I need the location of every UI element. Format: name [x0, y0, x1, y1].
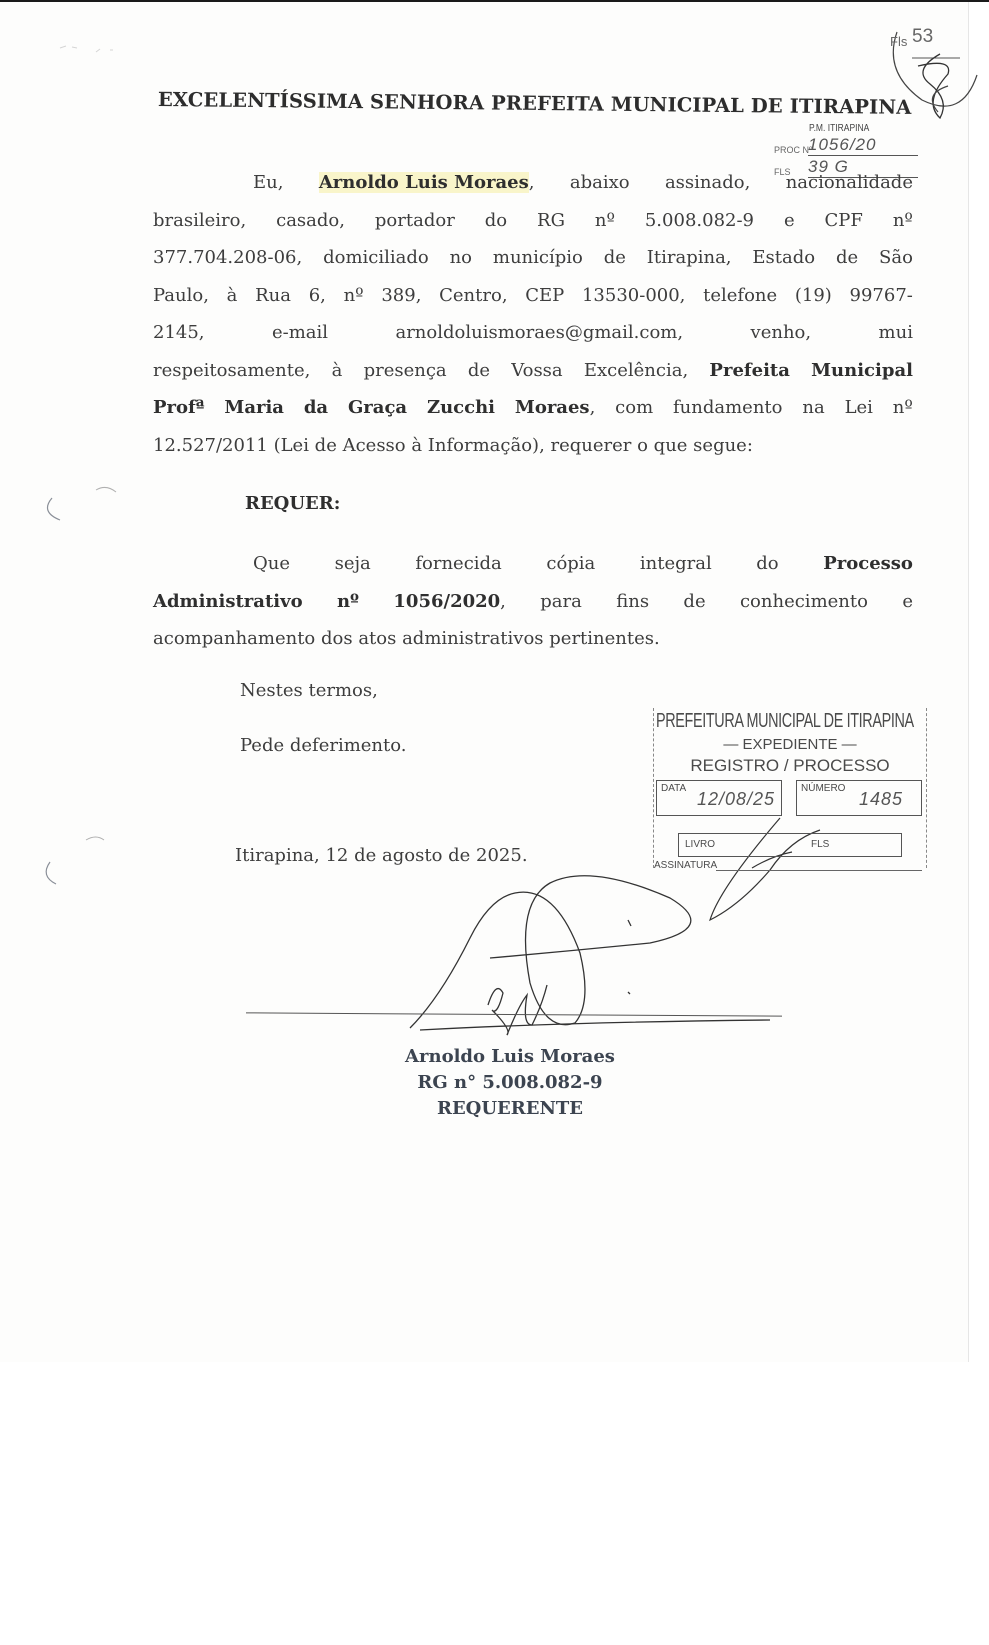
- word: do: [756, 553, 778, 575]
- word: nº: [893, 397, 913, 419]
- proc-number-row: PROC Nº 1056/20: [774, 145, 812, 155]
- number-label: NÚMERO: [801, 783, 845, 794]
- text-line: acompanhamento dos atos administrativos …: [153, 628, 913, 650]
- stamp-subtitle-2: REGISTRO / PROCESSO: [654, 756, 926, 776]
- proc-label: PROC Nº: [774, 145, 812, 155]
- word: Estado: [752, 247, 815, 269]
- word: Arnoldo Luis Moraes,: [319, 172, 535, 194]
- word: RG: [537, 210, 565, 232]
- word: nº: [893, 210, 913, 232]
- word: respeitosamente,: [153, 360, 310, 382]
- stamp-date-box: DATA 12/08/25: [656, 780, 782, 816]
- word: nº: [337, 591, 359, 613]
- rubric-number: 53: [912, 26, 933, 48]
- stamp-signature-line: [716, 870, 922, 871]
- word: na: [802, 397, 824, 419]
- word: fornecida: [415, 553, 501, 575]
- word: Rua: [255, 285, 291, 307]
- closing-request: Pede deferimento.: [240, 735, 407, 756]
- word: 377.704.208-06,: [153, 247, 302, 269]
- word: presença: [364, 360, 447, 382]
- book-fls-label: FLS: [811, 839, 829, 850]
- word: telefone: [703, 285, 777, 307]
- word: Itirapina,: [647, 247, 732, 269]
- word: à: [332, 360, 343, 382]
- word: cópia: [546, 553, 595, 575]
- word: Profª: [153, 397, 205, 419]
- date-label: DATA: [661, 783, 686, 794]
- word: acompanhamento dos atos administrativos …: [153, 628, 660, 650]
- word: 13530-000,: [582, 285, 685, 307]
- word: 6,: [309, 285, 326, 307]
- word: e: [784, 210, 795, 232]
- document-page: [0, 2, 969, 1362]
- proc-stamp-header: P.M. ITIRAPINA: [809, 123, 869, 134]
- word: para: [540, 591, 582, 613]
- word: Paulo,: [153, 285, 209, 307]
- place-date: Itirapina, 12 de agosto de 2025.: [235, 845, 528, 866]
- word: Vossa: [511, 360, 562, 382]
- word: Eu,: [253, 172, 283, 194]
- signer-rg: RG n° 5.008.082-9: [380, 1072, 640, 1093]
- closing-terms: Nestes termos,: [240, 680, 378, 701]
- number-value: 1485: [859, 789, 903, 810]
- word: (19): [795, 285, 832, 307]
- word: município: [493, 247, 583, 269]
- word: fins: [616, 591, 649, 613]
- text-line: Eu,Arnoldo Luis Moraes,abaixoassinado,na…: [253, 172, 913, 194]
- stamp-book-box: LIVRO FLS: [678, 833, 902, 857]
- word: Moraes,: [515, 397, 595, 419]
- stamp-number-box: NÚMERO 1485: [796, 780, 922, 816]
- signer-name: Arnoldo Luis Moraes: [380, 1046, 640, 1067]
- word: 99767-: [850, 285, 913, 307]
- text-line: ProfªMariadaGraçaZucchiMoraes,comfundame…: [153, 397, 913, 419]
- word: com: [615, 397, 653, 419]
- word: integral: [640, 553, 712, 575]
- word: nacionalidade: [786, 172, 913, 194]
- word: Zucchi: [427, 397, 495, 419]
- signer-role: REQUERENTE: [380, 1098, 640, 1119]
- word: Administrativo: [153, 591, 303, 613]
- proc-value: 1056/20: [808, 135, 918, 156]
- word: domiciliado: [323, 247, 429, 269]
- word: Centro,: [439, 285, 507, 307]
- word: portador: [375, 210, 455, 232]
- protocol-stamp: PREFEITURA MUNICIPAL DE ITIRAPINA — EXPE…: [653, 708, 927, 868]
- word: assinado,: [665, 172, 750, 194]
- word: e: [902, 591, 913, 613]
- word: fundamento: [673, 397, 783, 419]
- word: CEP: [525, 285, 564, 307]
- word: 1056/2020,: [393, 591, 506, 613]
- word: seja: [335, 553, 371, 575]
- word: CPF: [825, 210, 863, 232]
- rubric-label: Fls: [890, 34, 907, 49]
- word: brasileiro,: [153, 210, 246, 232]
- word: Graça: [348, 397, 407, 419]
- word: nº: [344, 285, 364, 307]
- word: abaixo: [570, 172, 630, 194]
- text-line: QuesejafornecidacópiaintegraldoProcesso: [253, 553, 913, 575]
- text-line: 377.704.208-06,domiciliadonomunicípiodeI…: [153, 247, 913, 269]
- word: mui: [879, 322, 913, 344]
- word: conhecimento: [740, 591, 868, 613]
- word: do: [485, 210, 507, 232]
- text-line: 12.527/2011 (Lei de Acesso à Informação)…: [153, 435, 913, 457]
- word[interactable]: arnoldoluismoraes@gmail.com,: [395, 322, 683, 344]
- word: e-mail: [272, 322, 328, 344]
- stamp-title: PREFEITURA MUNICIPAL DE ITIRAPINA: [656, 710, 914, 733]
- stamp-subtitle: — EXPEDIENTE —: [654, 736, 926, 753]
- word: de: [468, 360, 490, 382]
- word: de: [836, 247, 858, 269]
- word: de: [683, 591, 705, 613]
- word: Municipal: [811, 360, 913, 382]
- word: Prefeita: [709, 360, 789, 382]
- text-line: Administrativonº1056/2020,parafinsdeconh…: [153, 591, 913, 613]
- word: nº: [595, 210, 615, 232]
- text-line: 2145,e-mailarnoldoluismoraes@gmail.com,v…: [153, 322, 913, 344]
- word: à: [227, 285, 238, 307]
- word: 12.527/2011 (Lei de Acesso à Informação)…: [153, 435, 753, 457]
- word: de: [604, 247, 626, 269]
- word: 389,: [381, 285, 421, 307]
- word: Excelência,: [584, 360, 688, 382]
- word: Lei: [845, 397, 873, 419]
- text-line: brasileiro,casado,portadordoRGnº5.008.08…: [153, 210, 913, 232]
- text-line: respeitosamente,àpresençadeVossaExcelênc…: [153, 360, 913, 382]
- word: 2145,: [153, 322, 205, 344]
- word: 5.008.082-9: [645, 210, 754, 232]
- word: da: [304, 397, 328, 419]
- word: Maria: [224, 397, 284, 419]
- word: São: [879, 247, 913, 269]
- word: no: [450, 247, 472, 269]
- book-label: LIVRO: [685, 839, 715, 850]
- date-value: 12/08/25: [697, 789, 775, 810]
- stamp-signature-label: ASSINATURA: [654, 860, 717, 871]
- word: casado,: [276, 210, 345, 232]
- word: venho,: [751, 322, 812, 344]
- text-line: Paulo,àRua6,nº389,Centro,CEP13530-000,te…: [153, 285, 913, 307]
- request-heading: REQUER:: [245, 493, 340, 514]
- word: Que: [253, 553, 290, 575]
- word: Processo: [823, 553, 913, 575]
